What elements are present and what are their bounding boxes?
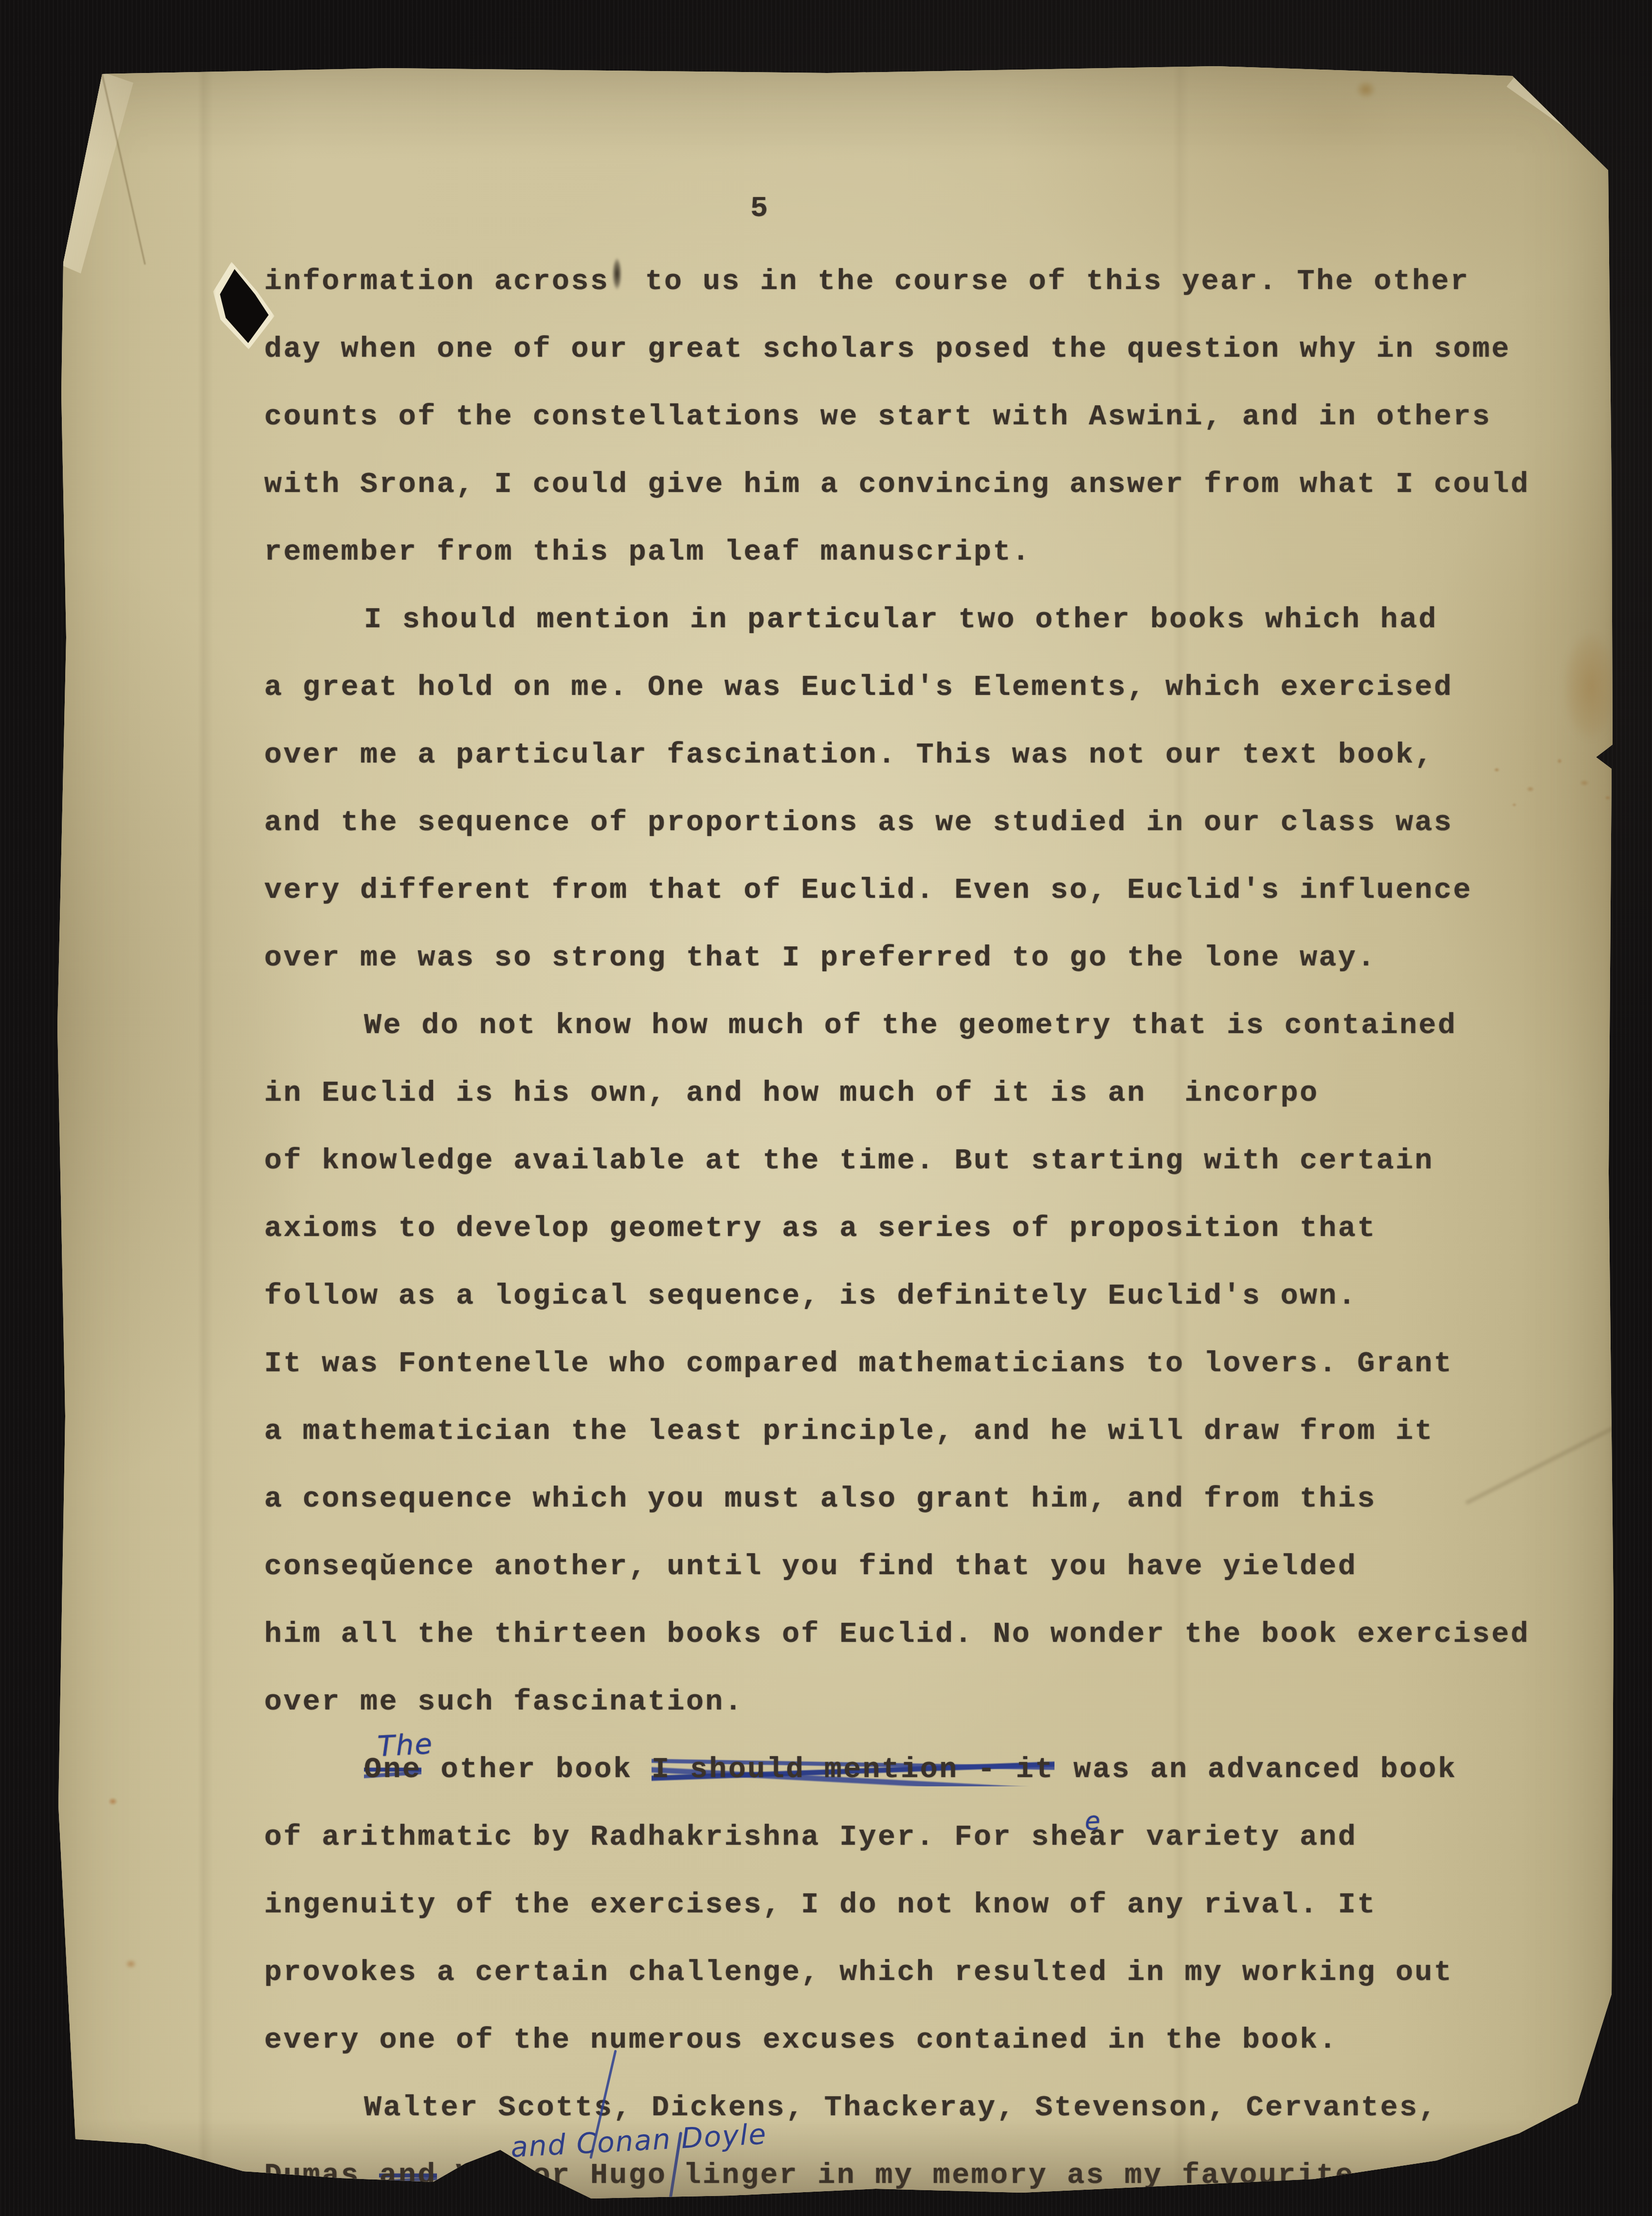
- text-line: him all the thirteen books of Euclid. No…: [264, 1601, 1632, 1669]
- text-line: a mathematician the least principle, and…: [264, 1398, 1632, 1466]
- text-line: I should mention in particular two other…: [264, 586, 1632, 654]
- text-line: follow as a logical sequence, is definit…: [264, 1263, 1632, 1330]
- scanned-document: { "page": { "number": "5" }, "colors": {…: [0, 0, 1652, 2216]
- folded-corner-top-left: [54, 59, 171, 283]
- typed-text-segment: conseqŭence another, until you find that…: [264, 1550, 1357, 1583]
- typed-char-with-correction: ae: [1089, 1821, 1107, 1854]
- text-line: day when one of our great scholars posed…: [264, 316, 1632, 383]
- typed-text-segment: in Euclid is his own, and how much of it…: [264, 1077, 1319, 1110]
- typed-text-segment: information across: [264, 265, 609, 298]
- text-line: OneThe other book I should mention - it …: [264, 1736, 1632, 1804]
- text-line: conseqŭence another, until you find that…: [264, 1533, 1632, 1601]
- text-line: Dumas and Victor Hugoand Conan Doyleling…: [264, 2142, 1632, 2210]
- typed-text-segment: day when one of our great scholars posed…: [264, 333, 1510, 366]
- struck-word-with-correction: OneThe: [364, 1753, 421, 1786]
- text-line: provokes a certain challenge, which resu…: [264, 1939, 1632, 2007]
- rust-speck: [123, 1957, 139, 1971]
- pen-struck-phrase: I should mention - it: [652, 1753, 1054, 1786]
- text-line: of arithmatic by Radhakrishna Iyer. For …: [264, 1804, 1632, 1871]
- paragraph: Walter Scotts, Dickens, Thackeray, Steve…: [264, 2074, 1632, 2210]
- text-line: very different from that of Euclid. Even…: [264, 857, 1632, 925]
- corner-stain: [1352, 77, 1380, 102]
- text-line: over me a particular fascination. This w…: [264, 722, 1632, 789]
- text-line: remember from this palm leaf manuscript.: [264, 519, 1632, 586]
- typed-text-segment: ingenuity of the exercises, I do not kno…: [264, 1889, 1377, 1922]
- typed-text-segment: r variety and: [1108, 1821, 1357, 1854]
- typed-text-segment: axioms to develop geometry as a series o…: [264, 1212, 1377, 1245]
- text-line: of knowledge available at the time. But …: [264, 1127, 1632, 1195]
- text-line: axioms to develop geometry as a series o…: [264, 1195, 1632, 1263]
- text-line: every one of the numerous excuses contai…: [264, 2007, 1632, 2074]
- typed-text-segment: of arithmatic by Radhakrishna Iyer. For …: [264, 1821, 1089, 1854]
- typed-text-segment: every one of the numerous excuses contai…: [264, 2024, 1338, 2057]
- typed-text-segment: follow as a logical sequence, is definit…: [264, 1280, 1357, 1313]
- handwritten-annotation: and Conan Doyle: [508, 2100, 768, 2181]
- typed-text-segment: Dumas: [264, 2159, 379, 2192]
- text-line: over me such fascination.: [264, 1669, 1632, 1736]
- text-line: counts of the constellations we start wi…: [264, 383, 1632, 451]
- text-line: and the sequence of proportions as we st…: [264, 789, 1632, 857]
- typed-text-segment: was an advanced book: [1054, 1753, 1457, 1786]
- typed-text-segment: linger in my memory as my favourite: [684, 2159, 1355, 2192]
- typed-text-segment: a great hold on me. One was Euclid's Ele…: [264, 671, 1453, 704]
- text-line: in Euclid is his own, and how much of it…: [264, 1060, 1632, 1127]
- manuscript-page: 5 information across to us in the course…: [49, 54, 1616, 2204]
- typed-text-segment: over me a particular fascination. This w…: [264, 739, 1434, 772]
- paragraph: I should mention in particular two other…: [264, 586, 1632, 992]
- typed-text-segment: It was Fontenelle who compared mathemati…: [264, 1347, 1453, 1380]
- paragraph: information across to us in the course o…: [264, 248, 1632, 586]
- text-line: ingenuity of the exercises, I do not kno…: [264, 1871, 1632, 1939]
- typed-text-segment: and the sequence of proportions as we st…: [264, 806, 1453, 839]
- typed-text-segment: a mathematician the least principle, and…: [264, 1415, 1434, 1448]
- typed-text-segment: I should mention in particular two other…: [364, 603, 1438, 636]
- pen-struck-word: and: [379, 2159, 436, 2192]
- typed-text-segment: We do not know how much of the geometry …: [364, 1009, 1457, 1042]
- ink-smudge-mark: [611, 255, 623, 297]
- typed-text-segment: counts of the constellations we start wi…: [264, 400, 1491, 434]
- insertion-caret: and Conan Doyle: [667, 2157, 684, 2186]
- typed-text-segment: other book: [421, 1753, 652, 1786]
- text-line: over me was so strong that I preferred t…: [264, 925, 1632, 992]
- text-line: We do not know how much of the geometry …: [264, 992, 1632, 1060]
- text-line: It was Fontenelle who compared mathemati…: [264, 1330, 1632, 1398]
- paragraph: We do not know how much of the geometry …: [264, 992, 1632, 1736]
- text-line: with Srona, I could give him a convincin…: [264, 451, 1632, 519]
- typed-text-segment: very different from that of Euclid. Even…: [264, 874, 1472, 907]
- typed-text-segment: over me such fascination.: [264, 1686, 744, 1719]
- typed-text-segment: to us in the course of this year. The ot…: [626, 265, 1470, 298]
- typed-text-segment: provokes a certain challenge, which resu…: [264, 1956, 1453, 1989]
- typed-text-segment: over me was so strong that I preferred t…: [264, 942, 1377, 975]
- typed-text-block: information across to us in the course o…: [264, 248, 1632, 2210]
- text-line: Walter Scotts, Dickens, Thackeray, Steve…: [264, 2074, 1632, 2142]
- rust-speck: [106, 1796, 120, 1807]
- typed-text-segment: him all the thirteen books of Euclid. No…: [264, 1618, 1530, 1651]
- typed-text-segment: a consequence which you must also grant …: [264, 1483, 1377, 1516]
- paragraph: OneThe other book I should mention - it …: [264, 1736, 1632, 2074]
- typed-text-segment: remember from this palm leaf manuscript.: [264, 536, 1031, 569]
- typed-text-segment: with Srona, I could give him a convincin…: [264, 468, 1530, 501]
- text-line: a consequence which you must also grant …: [264, 1466, 1632, 1533]
- typed-text-segment: of knowledge available at the time. But …: [264, 1144, 1434, 1178]
- text-line: a great hold on me. One was Euclid's Ele…: [264, 654, 1632, 722]
- text-line: information across to us in the course o…: [264, 248, 1632, 316]
- page-number: 5: [750, 175, 769, 243]
- handwritten-annotation: The: [376, 1710, 435, 1780]
- clipped-corner-top-right: [1507, 70, 1652, 183]
